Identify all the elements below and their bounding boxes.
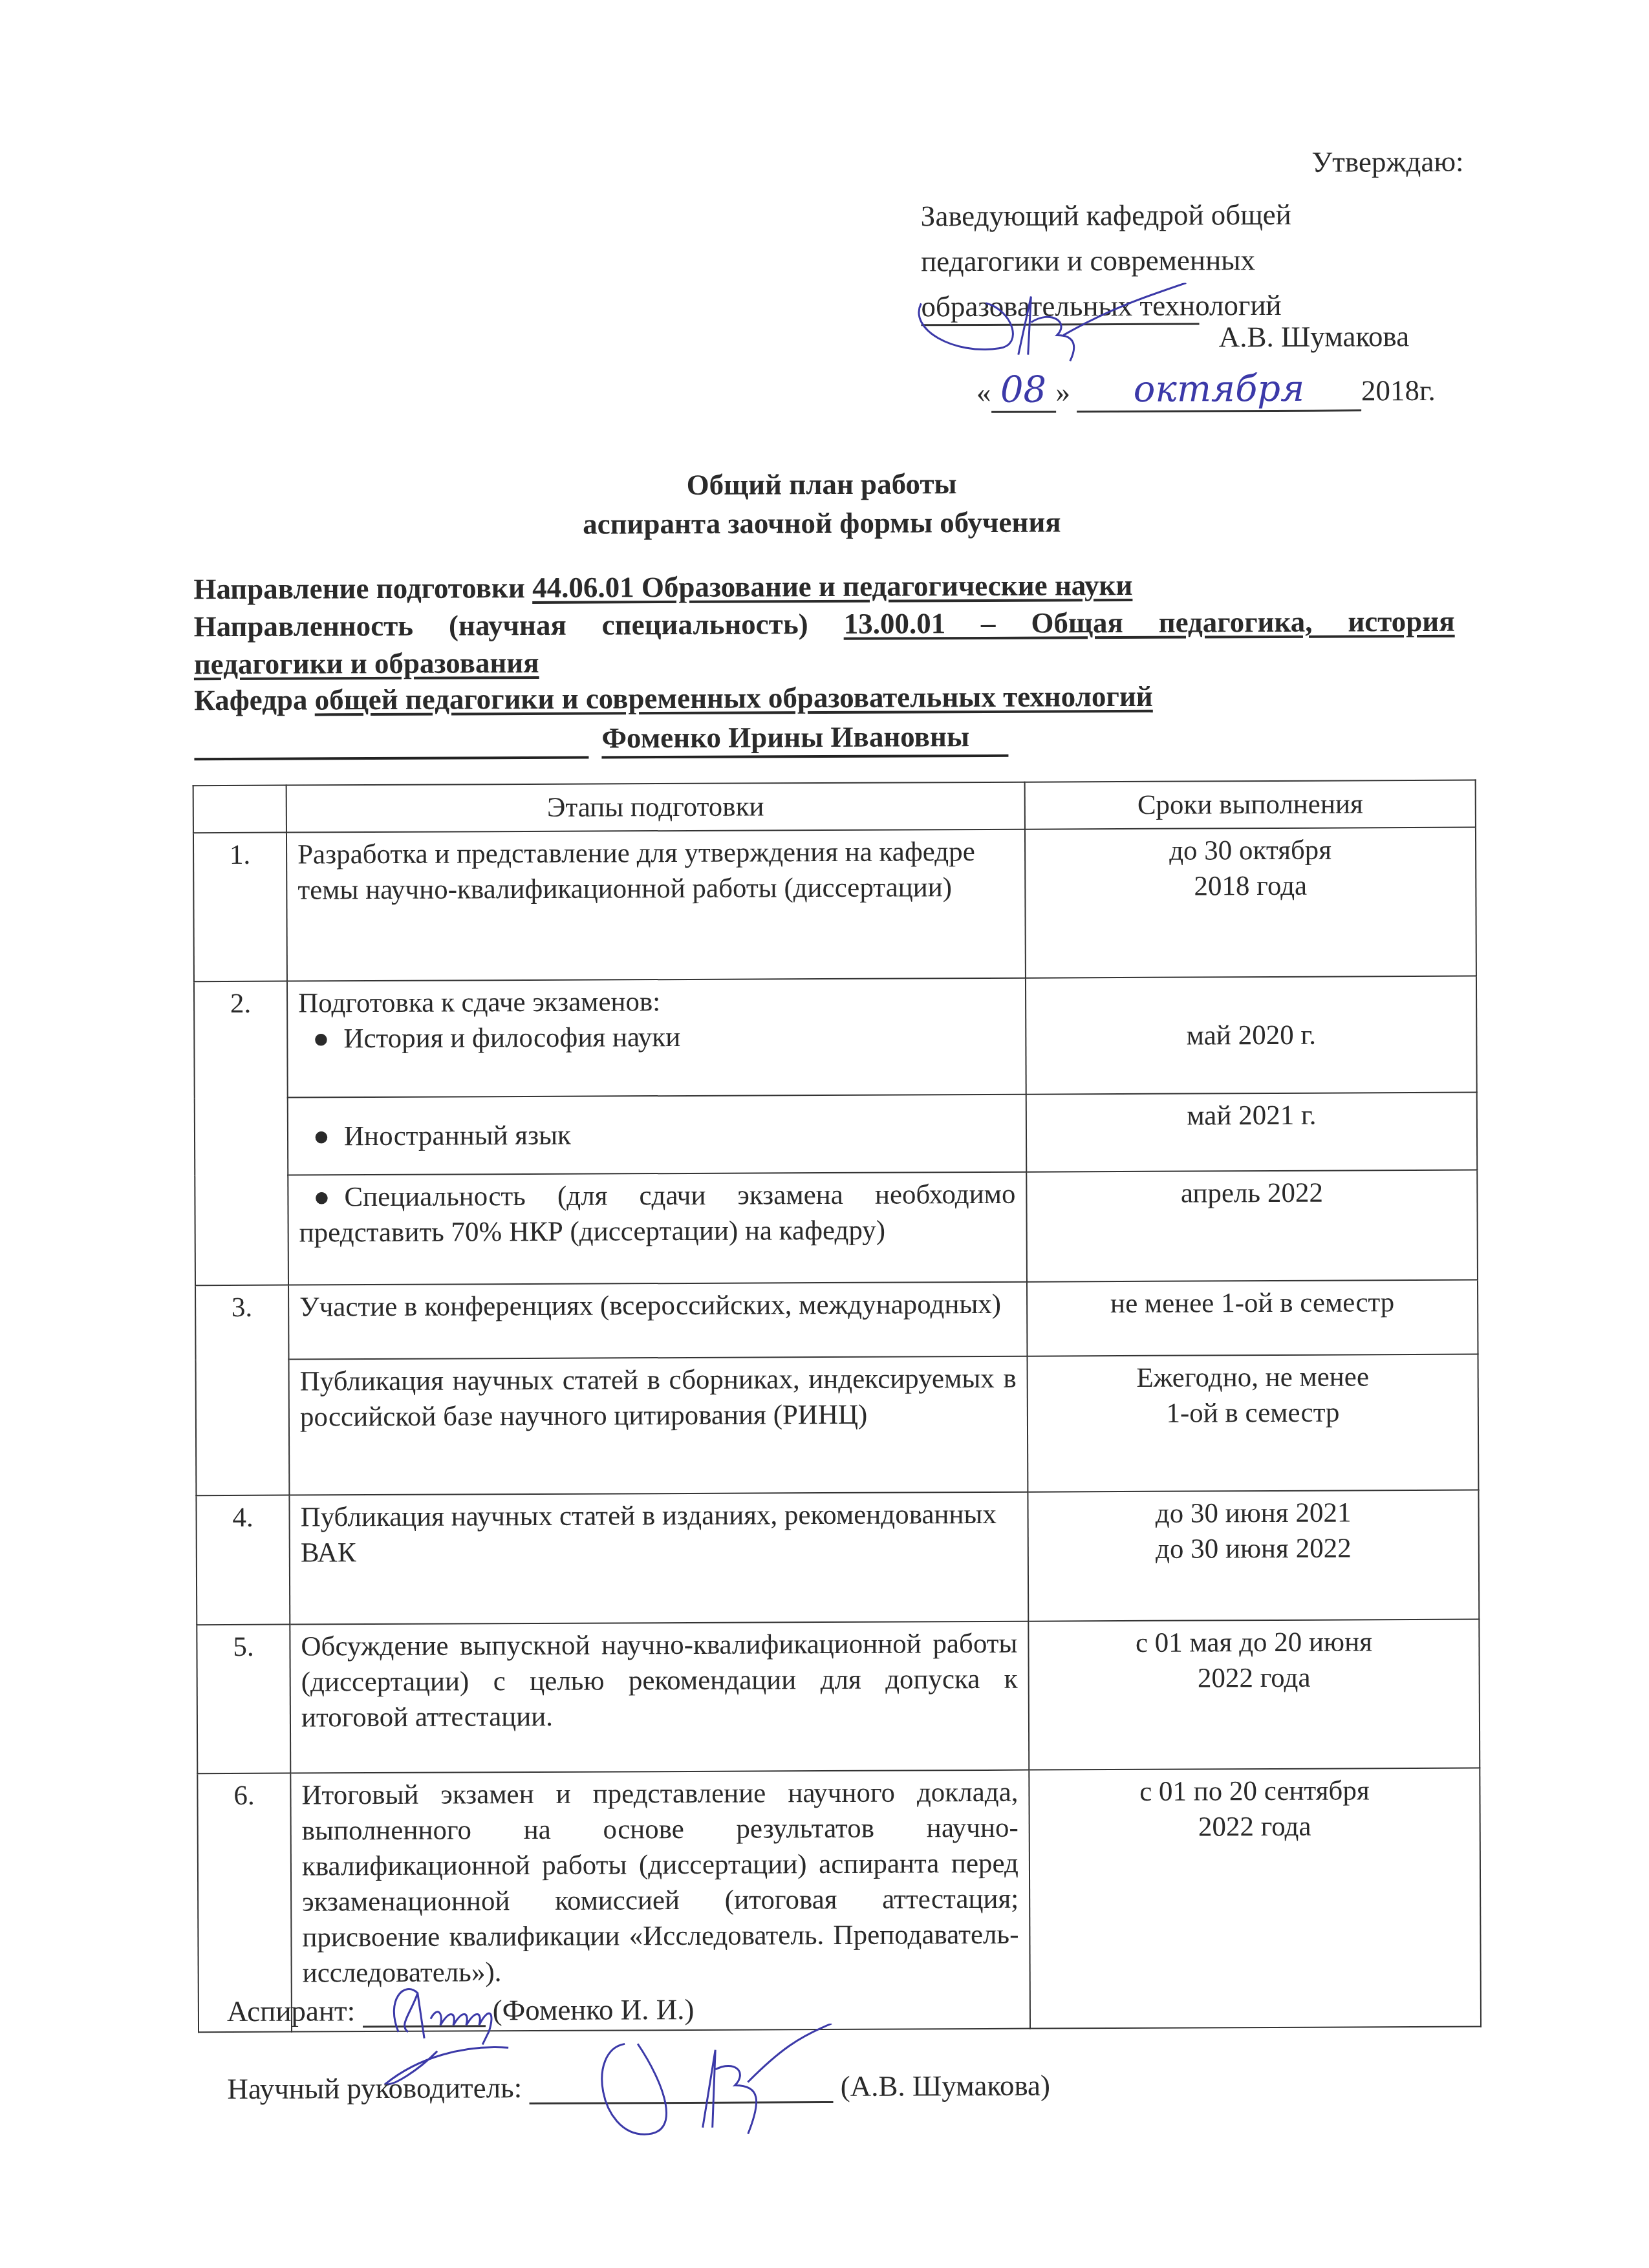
specialty-line: Направленность (научная специальность) 1… bbox=[193, 604, 1454, 645]
approver-position-line: Заведующий кафедрой общей bbox=[921, 192, 1291, 239]
student-signature-row: Аспирант: (Фоменко И. И.) bbox=[227, 1992, 695, 2028]
term-line: с 01 по 20 сентября bbox=[1040, 1773, 1469, 1810]
row-stage: Участие в конференциях (всероссийских, м… bbox=[288, 1282, 1027, 1360]
row-term: май 2021 г. bbox=[1026, 1093, 1478, 1172]
approver-name: А.В. Шумакова bbox=[1219, 319, 1410, 354]
row-term: с 01 мая до 20 июня 2022 года bbox=[1028, 1620, 1480, 1770]
approval-heading: Утверждаю: bbox=[1311, 145, 1463, 179]
bullet-icon: ● bbox=[299, 1118, 344, 1154]
table-row: 3. Участие в конференциях (всероссийских… bbox=[195, 1280, 1478, 1360]
term-line: не менее 1-ой в семестр bbox=[1038, 1285, 1467, 1322]
row-stage: Публикация научных статей в изданиях, ре… bbox=[289, 1492, 1028, 1625]
row-stage: Публикация научных статей в сборниках, и… bbox=[289, 1356, 1028, 1495]
term-line: до 30 июня 2021 bbox=[1039, 1495, 1467, 1532]
stage-intro: Подготовка к сдаче экзаменов: bbox=[298, 983, 1015, 1022]
bullet-icon: ● bbox=[298, 1021, 343, 1056]
row-term: с 01 по 20 сентября 2022 года bbox=[1029, 1768, 1481, 2029]
direction-label: Направление подготовки bbox=[193, 572, 525, 605]
supervisor-signature-label: Научный руководитель: bbox=[227, 2071, 522, 2105]
date-open-quote: « bbox=[976, 376, 991, 409]
date-year: 2018г. bbox=[1361, 374, 1436, 407]
direction-line: Направление подготовки 44.06.01 Образова… bbox=[193, 566, 1454, 608]
approver-position-line: педагогики и современных bbox=[921, 237, 1291, 284]
stage-item: Иностранный язык bbox=[344, 1120, 571, 1151]
student-signature-label: Аспирант: bbox=[227, 1995, 355, 2027]
header-stages: Этапы подготовки bbox=[286, 782, 1025, 833]
table-row: 4. Публикация научных статей в изданиях,… bbox=[196, 1490, 1479, 1625]
approver-position: Заведующий кафедрой общей педагогики и с… bbox=[921, 192, 1292, 329]
row-term: Ежегодно, не менее 1-ой в семестр bbox=[1028, 1354, 1479, 1492]
supervisor-signature-line bbox=[529, 2069, 833, 2104]
row-stage: Обсуждение выпускной научно-квалификацио… bbox=[290, 1621, 1029, 1773]
specialty-value-continued: педагогики и образования bbox=[194, 647, 539, 680]
table-row: 1. Разработка и представление для утверж… bbox=[193, 828, 1476, 982]
term-line: Ежегодно, не менее bbox=[1039, 1359, 1467, 1396]
direction-value: 44.06.01 Образование и педагогические на… bbox=[532, 569, 1132, 604]
row-number: 2. bbox=[194, 981, 288, 1286]
specialty-line-continued: педагогики и образования bbox=[194, 641, 1455, 683]
term-line: 1-ой в семестр bbox=[1039, 1395, 1467, 1432]
stage-item: Специальность (для сдачи экзамена необхо… bbox=[299, 1179, 1016, 1248]
student-line: Фоменко Ирины Ивановны bbox=[194, 718, 1054, 760]
department-label: Кафедра bbox=[194, 683, 308, 716]
row-term: май 2020 г. bbox=[1026, 976, 1477, 1095]
table-header-row: Этапы подготовки Сроки выполнения bbox=[193, 780, 1476, 833]
approval-date: «08»октября2018г. bbox=[976, 367, 1436, 413]
term-line: до 30 июня 2022 bbox=[1039, 1530, 1468, 1568]
row-number: 3. bbox=[195, 1285, 289, 1496]
document-subtitle: аспиранта заочной формы обучения bbox=[0, 500, 1646, 545]
plan-table: Этапы подготовки Сроки выполнения 1. Раз… bbox=[193, 780, 1482, 2033]
row-term: до 30 октября 2018 года bbox=[1025, 828, 1476, 978]
table-row: ●Иностранный язык май 2021 г. bbox=[195, 1093, 1478, 1176]
term-line: до 30 октября bbox=[1036, 832, 1465, 870]
term-line: май 2021 г. bbox=[1037, 1097, 1466, 1135]
bullet-icon: ● bbox=[299, 1179, 344, 1215]
document-title: Общий план работы bbox=[0, 462, 1646, 506]
row-stage: Разработка и представление для утвержден… bbox=[286, 829, 1026, 981]
term-line: май 2020 г. bbox=[1037, 1016, 1465, 1054]
department-value: общей педагогики и современных образоват… bbox=[315, 680, 1153, 716]
date-day: 08 bbox=[991, 369, 1055, 412]
row-stage: ●Специальность (для сдачи экзамена необх… bbox=[288, 1172, 1027, 1285]
row-number: 1. bbox=[193, 833, 287, 982]
table-row: 5. Обсуждение выпускной научно-квалифика… bbox=[197, 1620, 1480, 1774]
department-line: Кафедра общей педагогики и современных о… bbox=[194, 678, 1455, 719]
row-stage: ●Иностранный язык bbox=[288, 1095, 1027, 1175]
student-blank-line bbox=[194, 756, 588, 761]
row-term: не менее 1-ой в семестр bbox=[1027, 1280, 1478, 1356]
scanned-document-page: Утверждаю: Заведующий кафедрой общей пед… bbox=[0, 0, 1649, 2268]
stage-item: История и философия науки bbox=[343, 1022, 680, 1054]
header-number bbox=[193, 786, 286, 833]
date-month: октября bbox=[1077, 367, 1361, 412]
specialty-label: Направленность (научная специальность) bbox=[193, 608, 808, 643]
student-signature-name: (Фоменко И. И.) bbox=[493, 1993, 695, 2026]
student-signature-line bbox=[362, 1993, 485, 2027]
date-close-quote: » bbox=[1055, 376, 1070, 408]
term-line: с 01 мая до 20 июня bbox=[1039, 1624, 1468, 1662]
table-row: Публикация научных статей в сборниках, и… bbox=[196, 1354, 1479, 1496]
row-stage: Подготовка к сдаче экзаменов: ●История и… bbox=[287, 978, 1026, 1098]
table-row: 2. Подготовка к сдаче экзаменов: ●Истори… bbox=[194, 976, 1477, 1098]
row-number: 4. bbox=[196, 1495, 290, 1625]
supervisor-signature-name: (А.В. Шумакова) bbox=[841, 2069, 1051, 2102]
row-term: апрель 2022 bbox=[1026, 1170, 1478, 1282]
table-row: ●Специальность (для сдачи экзамена необх… bbox=[195, 1170, 1478, 1286]
row-number: 5. bbox=[197, 1625, 290, 1774]
specialty-value: 13.00.01 – Общая педагогика, история bbox=[843, 605, 1454, 640]
term-line: 2022 года bbox=[1040, 1808, 1469, 1846]
supervisor-signature-row: Научный руководитель: (А.В. Шумакова) bbox=[227, 2068, 1050, 2106]
header-terms: Сроки выполнения bbox=[1025, 780, 1476, 829]
row-term: до 30 июня 2021 до 30 июня 2022 bbox=[1028, 1490, 1479, 1621]
term-line: 2022 года bbox=[1040, 1660, 1469, 1697]
term-line: апрель 2022 bbox=[1037, 1175, 1466, 1212]
student-name: Фоменко Ирины Ивановны bbox=[601, 719, 1008, 759]
term-line: 2018 года bbox=[1036, 868, 1465, 905]
table-row: 6. Итоговый экзамен и представление науч… bbox=[197, 1768, 1481, 2033]
